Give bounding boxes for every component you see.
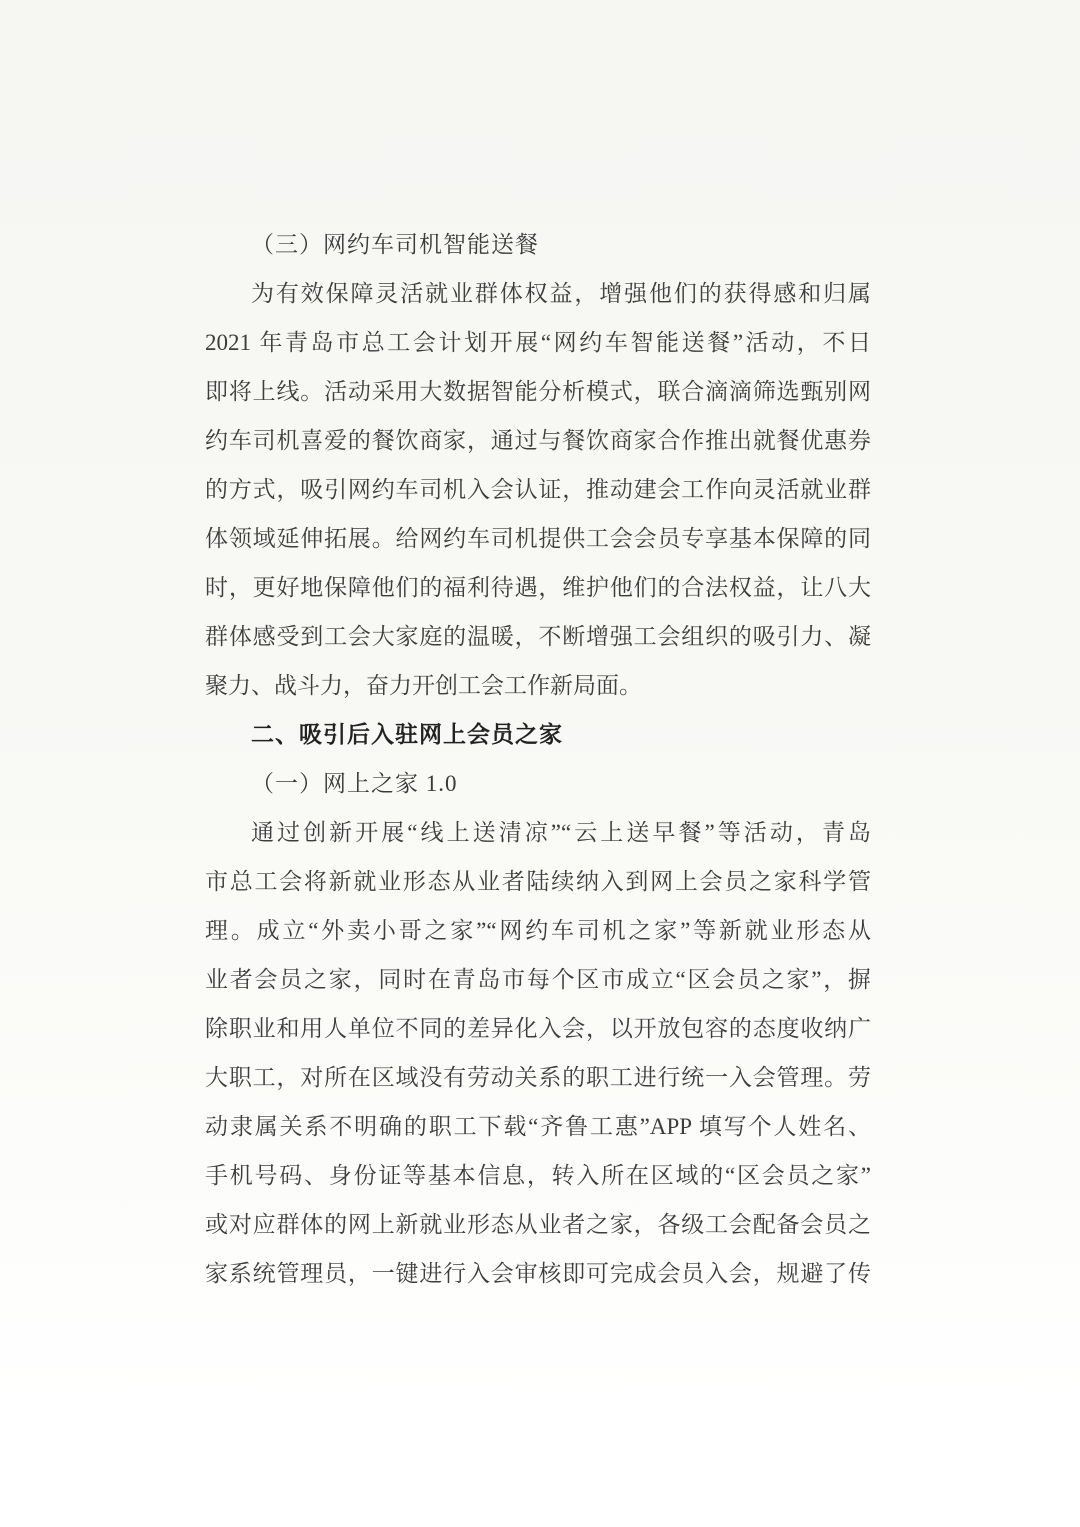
document-line: 约车司机喜爱的餐饮商家，通过与餐饮商家合作推出就餐优惠券 — [205, 416, 871, 465]
subsection-heading-1: （一）网上之家 1.0 — [205, 759, 871, 808]
document-line: 通过创新开展“线上送清凉”“云上送早餐”等活动，青岛 — [205, 808, 871, 857]
document-line: 2021 年青岛市总工会计划开展“网约车智能送餐”活动，不日 — [205, 318, 871, 367]
document-line: 理。成立“外卖小哥之家”“网约车司机之家”等新就业形态从 — [205, 906, 871, 955]
document-line: 市总工会将新就业形态从业者陆续纳入到网上会员之家科学管 — [205, 857, 871, 906]
chapter-heading-2: 二、吸引后入驻网上会员之家 — [205, 710, 871, 759]
document-line: 除职业和用人单位不同的差异化入会，以开放包容的态度收纳广 — [205, 1004, 871, 1053]
document-line: 为有效保障灵活就业群体权益，增强他们的获得感和归属感， — [205, 269, 871, 318]
document-line: 聚力、战斗力，奋力开创工会工作新局面。 — [205, 661, 871, 710]
document-line: 即将上线。活动采用大数据智能分析模式，联合滴滴筛选甄别网 — [205, 367, 871, 416]
document-line: 业者会员之家，同时在青岛市每个区市成立“区会员之家”，摒 — [205, 955, 871, 1004]
document-text-block: （三）网约车司机智能送餐 为有效保障灵活就业群体权益，增强他们的获得感和归属感，… — [205, 220, 871, 1298]
document-line: 大职工，对所在区域没有劳动关系的职工进行统一入会管理。劳 — [205, 1053, 871, 1102]
document-page: （三）网约车司机智能送餐 为有效保障灵活就业群体权益，增强他们的获得感和归属感，… — [0, 0, 1080, 1527]
subsection-heading-3: （三）网约车司机智能送餐 — [205, 220, 871, 269]
document-line: 的方式，吸引网约车司机入会认证，推动建会工作向灵活就业群 — [205, 465, 871, 514]
document-line: 群体感受到工会大家庭的温暖，不断增强工会组织的吸引力、凝 — [205, 612, 871, 661]
document-line: 手机号码、身份证等基本信息，转入所在区域的“区会员之家” — [205, 1151, 871, 1200]
document-line: 体领域延伸拓展。给网约车司机提供工会会员专享基本保障的同 — [205, 514, 871, 563]
document-line: 时，更好地保障他们的福利待遇，维护他们的合法权益，让八大 — [205, 563, 871, 612]
document-line: 家系统管理员，一键进行入会审核即可完成会员入会，规避了传 — [205, 1249, 871, 1298]
document-line: 或对应群体的网上新就业形态从业者之家，各级工会配备会员之 — [205, 1200, 871, 1249]
document-line: 动隶属关系不明确的职工下载“齐鲁工惠”APP 填写个人姓名、 — [205, 1102, 871, 1151]
